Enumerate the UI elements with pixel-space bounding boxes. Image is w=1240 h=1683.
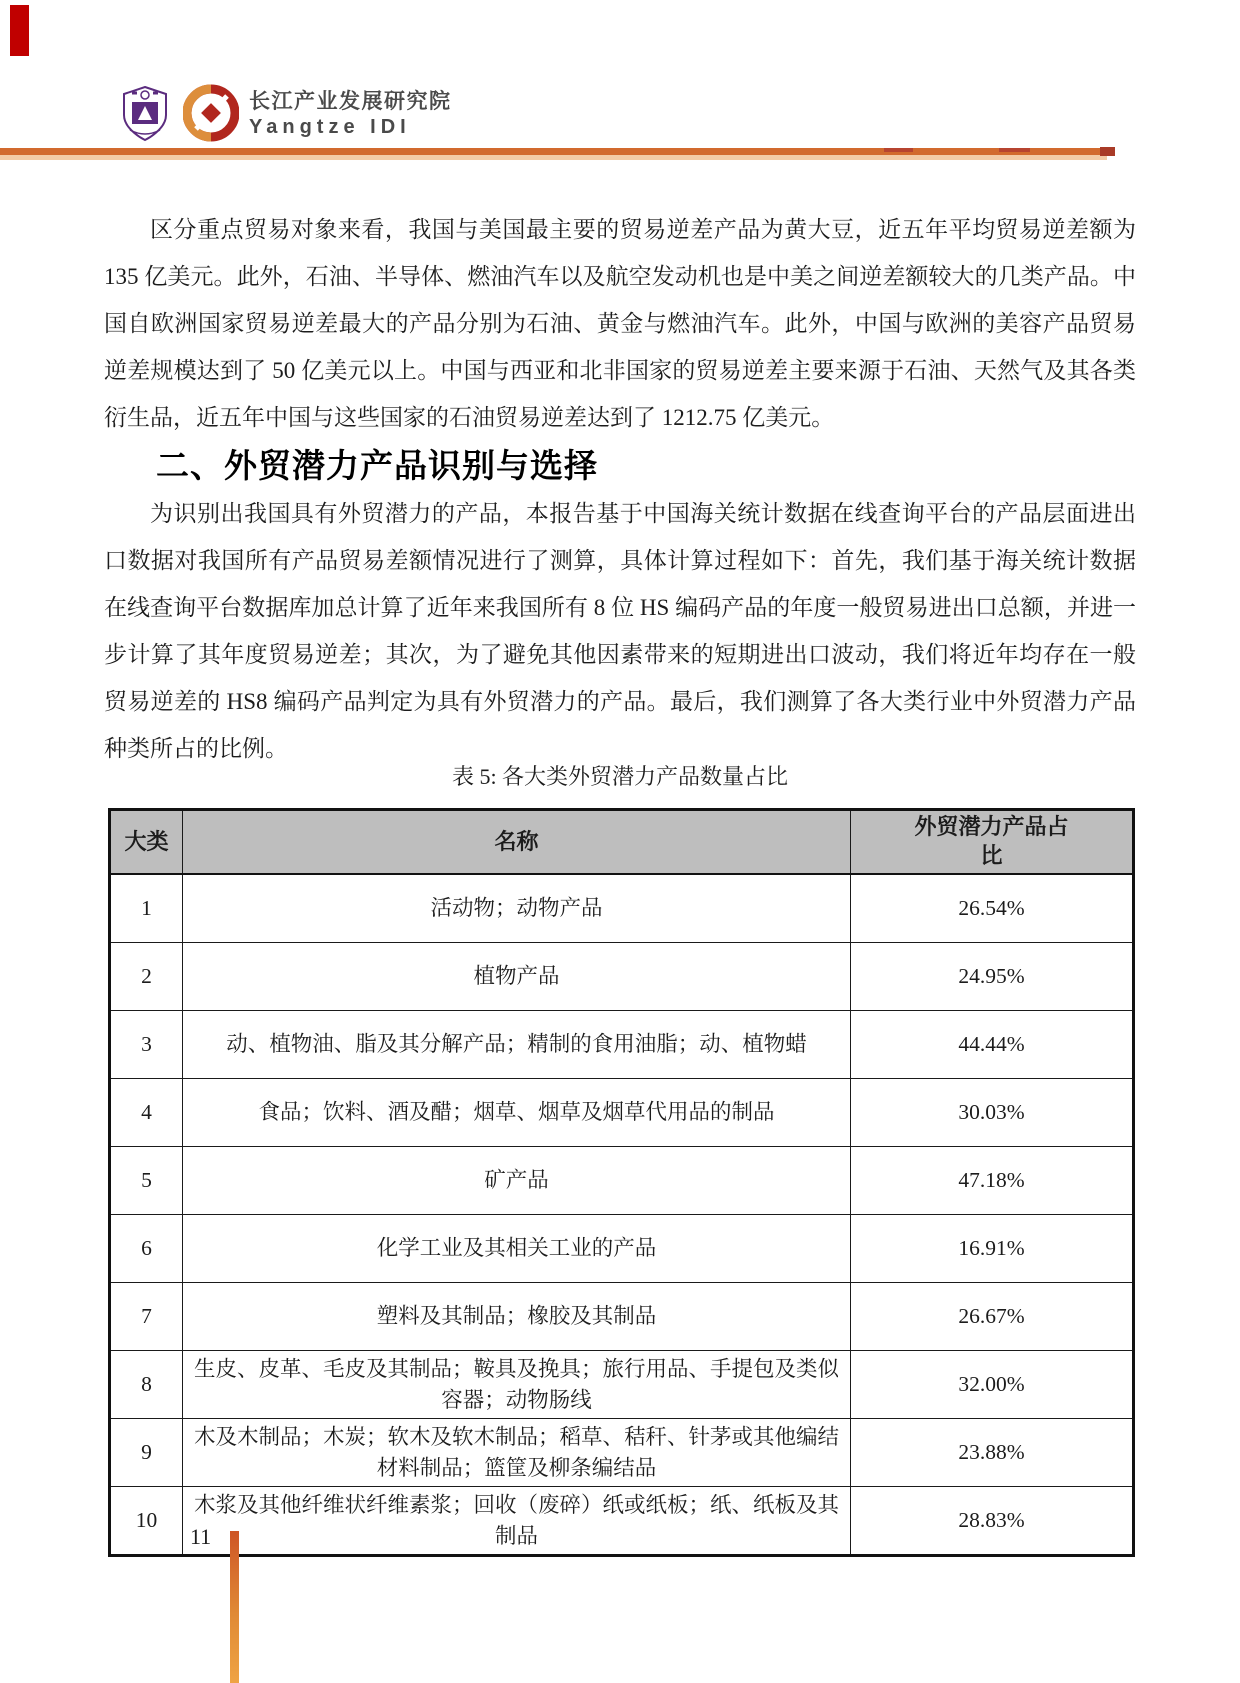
cell-category: 1 bbox=[110, 874, 183, 943]
table-row: 3 动、植物油、脂及其分解产品；精制的食用油脂；动、植物蜡 44.44% bbox=[110, 1011, 1134, 1079]
column-header-share-label: 外贸潜力产品占比 bbox=[906, 813, 1078, 870]
footer-accent-bar bbox=[230, 1531, 239, 1683]
column-header-name: 名称 bbox=[183, 810, 851, 875]
cell-share: 47.18% bbox=[851, 1147, 1134, 1215]
cell-category: 10 bbox=[110, 1487, 183, 1556]
cell-category: 6 bbox=[110, 1215, 183, 1283]
column-header-category: 大类 bbox=[110, 810, 183, 875]
org-name-cn: 长江产业发展研究院 bbox=[249, 90, 452, 114]
divider-dark-segment bbox=[884, 148, 913, 152]
cell-category: 5 bbox=[110, 1147, 183, 1215]
cell-share: 44.44% bbox=[851, 1011, 1134, 1079]
table-row: 1 活动物；动物产品 26.54% bbox=[110, 874, 1134, 943]
table-row: 5 矿产品 47.18% bbox=[110, 1147, 1134, 1215]
page-header: 长江产业发展研究院 Yangtze IDI bbox=[0, 0, 1240, 148]
cell-share: 30.03% bbox=[851, 1079, 1134, 1147]
table-row: 6 化学工业及其相关工业的产品 16.91% bbox=[110, 1215, 1134, 1283]
cell-name: 塑料及其制品；橡胶及其制品 bbox=[183, 1283, 851, 1351]
cell-category: 8 bbox=[110, 1351, 183, 1419]
cell-category: 2 bbox=[110, 943, 183, 1011]
header-divider-line bbox=[0, 148, 1107, 155]
cell-name: 食品；饮料、酒及醋；烟草、烟草及烟草代用品的制品 bbox=[183, 1079, 851, 1147]
section-heading: 二、外贸潜力产品识别与选择 bbox=[156, 440, 598, 487]
cell-share: 26.67% bbox=[851, 1283, 1134, 1351]
cell-share: 32.00% bbox=[851, 1351, 1134, 1419]
header-divider-light-line bbox=[0, 155, 1107, 160]
cell-category: 7 bbox=[110, 1283, 183, 1351]
table-row: 10 木浆及其他纤维状纤维素浆；回收（废碎）纸或纸板；纸、纸板及其制品 28.8… bbox=[110, 1487, 1134, 1556]
cell-share: 26.54% bbox=[851, 874, 1134, 943]
table-row: 7 塑料及其制品；橡胶及其制品 26.67% bbox=[110, 1283, 1134, 1351]
report-page: 长江产业发展研究院 Yangtze IDI 区分重点贸易对象来看，我国与美国最主… bbox=[0, 0, 1240, 1683]
cell-share: 24.95% bbox=[851, 943, 1134, 1011]
university-emblem-logo bbox=[122, 86, 168, 142]
cell-name: 活动物；动物产品 bbox=[183, 874, 851, 943]
divider-end-cap bbox=[1100, 147, 1115, 156]
cell-share: 16.91% bbox=[851, 1215, 1134, 1283]
cell-name: 化学工业及其相关工业的产品 bbox=[183, 1215, 851, 1283]
org-name-block: 长江产业发展研究院 Yangtze IDI bbox=[249, 90, 452, 139]
cell-name: 木浆及其他纤维状纤维素浆；回收（废碎）纸或纸板；纸、纸板及其制品 bbox=[183, 1487, 851, 1556]
table-row: 2 植物产品 24.95% bbox=[110, 943, 1134, 1011]
potential-products-table: 大类 名称 外贸潜力产品占比 1 活动物；动物产品 26.54% 2 植物产品 … bbox=[108, 808, 1135, 1557]
table-row: 4 食品；饮料、酒及醋；烟草、烟草及烟草代用品的制品 30.03% bbox=[110, 1079, 1134, 1147]
table-header-row: 大类 名称 外贸潜力产品占比 bbox=[110, 810, 1134, 875]
cell-share: 28.83% bbox=[851, 1487, 1134, 1556]
table-row: 8 生皮、皮革、毛皮及其制品；鞍具及挽具；旅行用品、手提包及类似容器；动物肠线 … bbox=[110, 1351, 1134, 1419]
paragraph-methodology: 为识别出我国具有外贸潜力的产品，本报告基于中国海关统计数据在线查询平台的产品层面… bbox=[104, 490, 1136, 772]
cell-name: 生皮、皮革、毛皮及其制品；鞍具及挽具；旅行用品、手提包及类似容器；动物肠线 bbox=[183, 1351, 851, 1419]
cell-category: 3 bbox=[110, 1011, 183, 1079]
divider-dark-segment bbox=[999, 148, 1030, 152]
paragraph-trade-deficit: 区分重点贸易对象来看，我国与美国最主要的贸易逆差产品为黄大豆，近五年平均贸易逆差… bbox=[104, 206, 1136, 441]
table-caption: 表 5: 各大类外贸潜力产品数量占比 bbox=[104, 760, 1136, 791]
cell-share: 23.88% bbox=[851, 1419, 1134, 1487]
cell-name: 动、植物油、脂及其分解产品；精制的食用油脂；动、植物蜡 bbox=[183, 1011, 851, 1079]
cell-category: 4 bbox=[110, 1079, 183, 1147]
yangtze-idi-logo bbox=[183, 83, 239, 143]
cell-name: 矿产品 bbox=[183, 1147, 851, 1215]
cell-category: 9 bbox=[110, 1419, 183, 1487]
cell-name: 木及木制品；木炭；软木及软木制品；稻草、秸秆、针茅或其他编结材料制品；篮筐及柳条… bbox=[183, 1419, 851, 1487]
page-number: 11 bbox=[190, 1524, 211, 1550]
cell-name: 植物产品 bbox=[183, 943, 851, 1011]
table-row: 9 木及木制品；木炭；软木及软木制品；稻草、秸秆、针茅或其他编结材料制品；篮筐及… bbox=[110, 1419, 1134, 1487]
column-header-share: 外贸潜力产品占比 bbox=[851, 810, 1134, 875]
org-name-en: Yangtze IDI bbox=[249, 116, 452, 139]
